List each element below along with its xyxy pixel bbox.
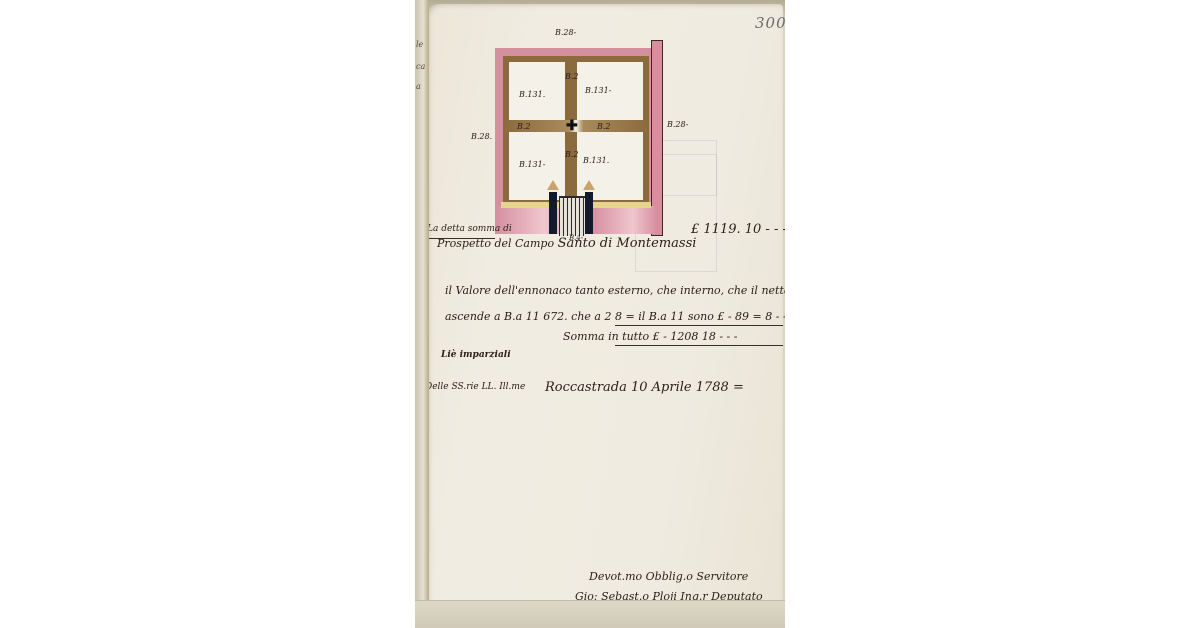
signature-line-1: Devot.mo Obblig.o Servitore: [589, 570, 748, 583]
label-quad-br: B.131.: [583, 156, 609, 165]
sum-rule: [615, 325, 783, 326]
margin-fragment: a: [416, 82, 421, 91]
margin-fragment: ca: [416, 62, 425, 71]
label-quad-tr: B.131-: [585, 86, 611, 95]
drawing-title-prefix: Prospetto del Campo: [437, 237, 554, 250]
label-right: B.28-: [667, 120, 688, 129]
amount-line-1: £ 1119. 10 - - -: [691, 222, 785, 237]
cemetery-elevation-drawing: ✚ B.28- B.131. B.131- B.2 B.2 B.2 B.2 B.…: [495, 40, 667, 236]
label-beam-top: B.2: [565, 72, 579, 81]
facing-page-edge: le ca a: [415, 0, 429, 628]
total-rule: [615, 345, 783, 346]
cross-icon: ✚: [566, 118, 578, 134]
total-line: Somma in tutto £ - 1208 18 - - -: [563, 330, 737, 343]
pillar-cap-icon: [547, 180, 559, 190]
margin-fragment: le: [416, 40, 423, 49]
drawing-title: Prospetto del Campo Santo di Montemassi: [437, 236, 696, 251]
body-line-1: il Valore dell'ennonaco tanto esterno, c…: [445, 284, 785, 297]
label-beam-right: B.2: [597, 122, 611, 131]
closing-phrase: Liè imparziali: [441, 350, 511, 360]
manuscript-scan: 300 ✚ B.28- B.131. B.131- B.2 B.2 B.2: [415, 0, 785, 628]
label-left: B.28.: [471, 132, 492, 141]
page-bottom-fold: [415, 600, 785, 628]
manuscript-page: 300 ✚ B.28- B.131. B.131- B.2 B.2 B.2: [425, 4, 783, 622]
folio-number: 300: [755, 14, 785, 32]
gate-pillar-left: [549, 192, 557, 234]
pillar-cap-icon: [583, 180, 595, 190]
salutation: Delle SS.rie LL. Ill.me: [425, 382, 525, 392]
label-beam-bottom: B.2: [565, 150, 579, 159]
label-quad-bl: B.131-: [519, 160, 545, 169]
drawing-title-suffix: Santo di Montemassi: [558, 236, 697, 251]
gate: [549, 180, 595, 236]
label-beam-left: B.2: [517, 122, 531, 131]
margin-note: La detta somma di: [427, 224, 512, 234]
label-top: B.28-: [555, 28, 576, 37]
label-quad-tl: B.131.: [519, 90, 545, 99]
gate-bars: [559, 196, 585, 236]
body-line-2: ascende a B.a 11 672. che a 2 8 = il B.a…: [445, 310, 785, 323]
gate-pillar-right: [585, 192, 593, 234]
place-date: Roccastrada 10 Aprile 1788 =: [545, 380, 744, 395]
